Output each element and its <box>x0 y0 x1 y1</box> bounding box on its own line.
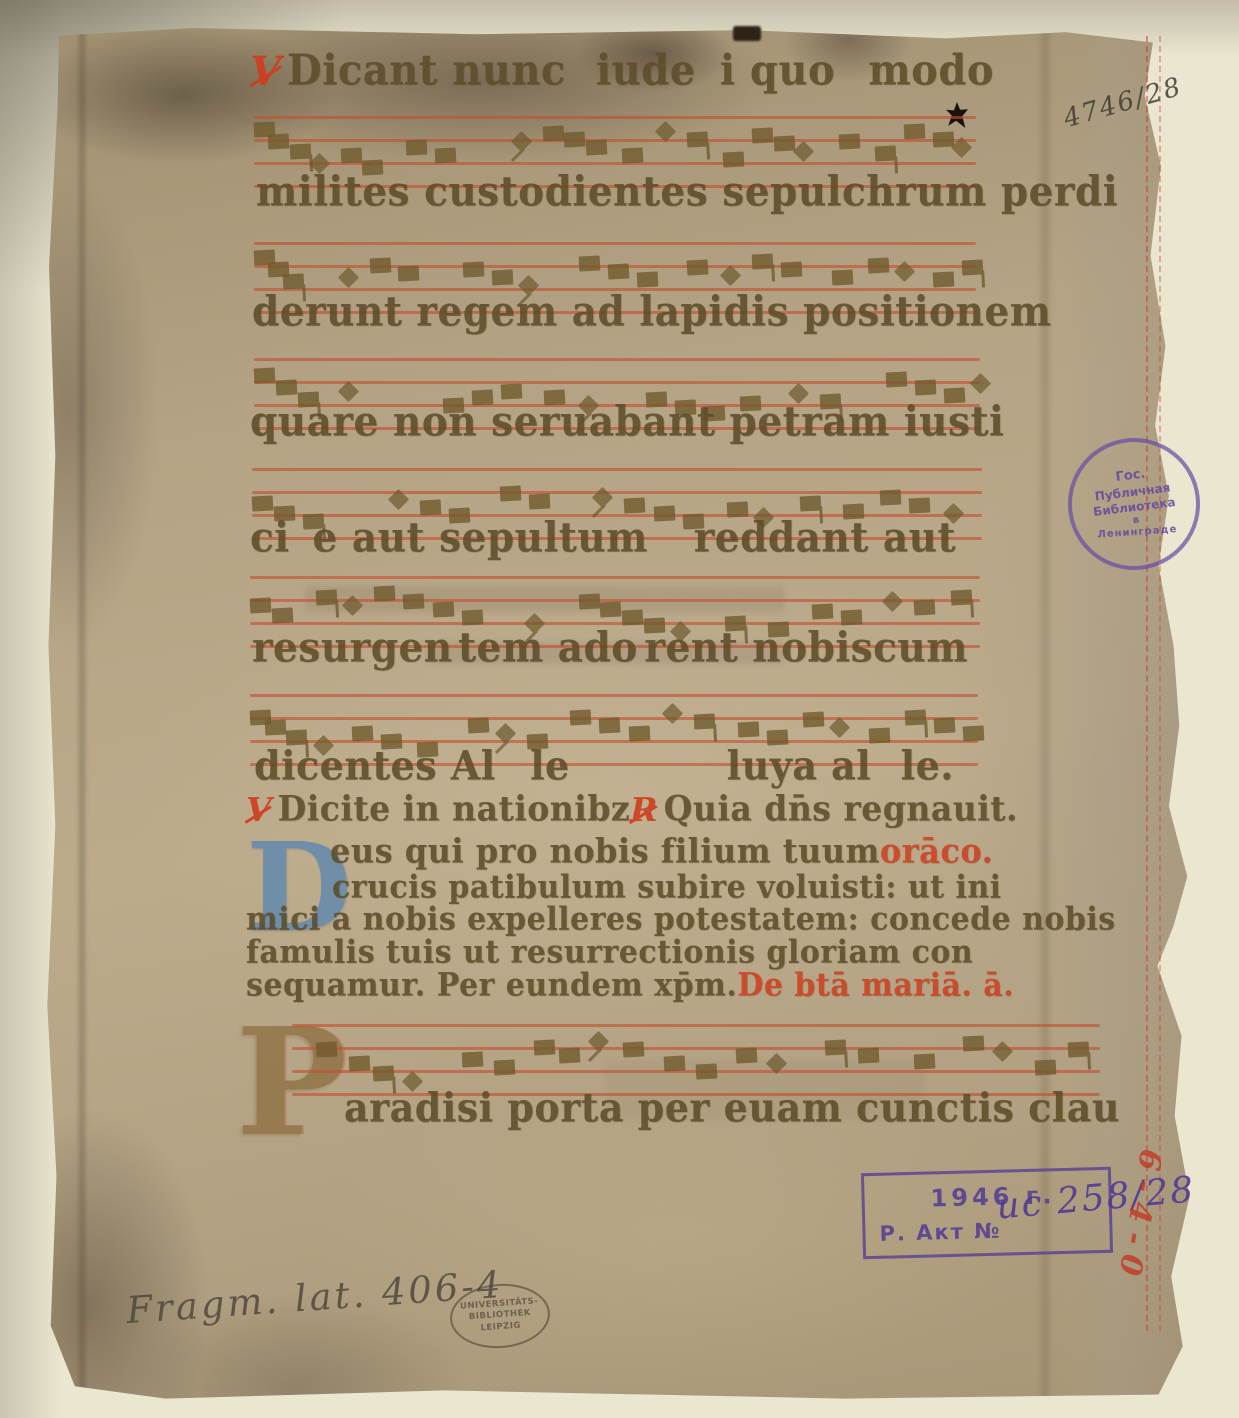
neume-stem <box>588 1048 602 1062</box>
neume <box>500 485 522 501</box>
neume <box>803 711 825 727</box>
neume <box>781 261 803 277</box>
chant-text-line: aradisi porta per euam cunctis clau <box>344 1086 1050 1131</box>
neume <box>272 607 294 623</box>
neume <box>963 725 985 741</box>
neume <box>829 717 850 738</box>
neume <box>736 1047 758 1063</box>
neume <box>570 709 592 725</box>
pencil-shelfmark-bottom-left: Fragm. lat. 406-4 <box>125 1263 505 1332</box>
staff-line <box>254 139 976 142</box>
neume <box>268 133 290 149</box>
neume <box>468 717 490 733</box>
prayer-text-line: famulis tuis ut resurrectionis gloriam c… <box>246 936 962 971</box>
chant-word: milites custodientes sepulchrum perdi <box>256 167 1118 216</box>
neume <box>405 139 427 155</box>
neume-stem <box>981 270 985 287</box>
chant-word: ci <box>250 513 290 562</box>
neume <box>599 717 621 733</box>
stamp-text: в <box>1132 514 1140 527</box>
prayer-text-line: sequamur. Per eundem xp̄m.De btā mariā. … <box>246 969 994 1004</box>
neume <box>607 263 629 279</box>
chant-text-line: milites custodientes sepulchrum perdi <box>256 170 980 216</box>
chant-word: le. <box>901 741 954 789</box>
chant-word: dicentes Al <box>254 741 496 789</box>
neume <box>432 601 454 617</box>
versicle-mark: V <box>250 48 281 95</box>
chant-word: rent nobiscum <box>644 623 968 672</box>
chant-word: iude <box>596 45 696 95</box>
neume <box>694 713 716 729</box>
chant-word: famulis tuis ut resurrectionis gloriam c… <box>246 934 973 971</box>
neume <box>934 717 956 733</box>
chant-word: eus qui pro nobis filium tuum <box>330 831 880 871</box>
neume <box>492 269 514 285</box>
chant-word: resurgen <box>252 623 453 672</box>
neume <box>374 585 396 601</box>
chant-word: Dicant nunc <box>287 45 566 95</box>
neume <box>624 497 646 513</box>
neume <box>914 1053 936 1069</box>
neume <box>578 593 600 609</box>
neume <box>687 259 709 275</box>
neume <box>857 1047 879 1063</box>
neume <box>628 725 650 741</box>
neume <box>250 597 272 613</box>
neume <box>799 495 821 511</box>
manuscript-photo: D P Гос. Публичная Библиотека в Ленингра… <box>0 0 1239 1418</box>
chant-text-line: VDicant nunciudei quomodo <box>250 48 994 95</box>
rubric-text: orāco. <box>880 831 993 871</box>
staff-line <box>252 491 982 494</box>
neume <box>254 367 276 383</box>
neume <box>338 267 359 288</box>
neume <box>622 147 644 163</box>
neume <box>723 151 745 167</box>
versicle-mark: V <box>246 790 272 829</box>
neume <box>909 497 931 513</box>
neume <box>636 271 658 287</box>
neume <box>720 265 741 286</box>
rubric-text: De btā mariā. ā. <box>737 967 1014 1004</box>
neume-stem <box>924 720 928 737</box>
neume-stem <box>713 724 717 741</box>
chant-text-line: VDicite in nationibzRQuia dn̄s regnauit. <box>246 790 986 829</box>
neume <box>564 131 586 147</box>
neume <box>970 373 991 394</box>
neume <box>903 123 925 139</box>
neume <box>558 1047 580 1063</box>
neume <box>529 493 551 509</box>
chant-word: Dicite in nationibz <box>278 788 631 829</box>
staff-line <box>254 381 980 384</box>
neume <box>825 1039 847 1055</box>
neume-stem <box>706 142 710 159</box>
neume <box>579 255 601 271</box>
prayer-text-line: mici a nobis expelleres potestatem: conc… <box>246 903 990 938</box>
staff-line <box>252 468 982 471</box>
neume <box>752 127 774 143</box>
pencil-shelfmark-top-right: 4746/28 <box>1060 72 1186 134</box>
chant-word: Quia dn̄s regnauit. <box>664 788 1018 829</box>
chant-word: i quo <box>720 45 835 95</box>
neume <box>600 601 622 617</box>
neume <box>398 265 420 281</box>
chant-word: e aut sepultum <box>312 513 647 562</box>
neume <box>950 589 972 605</box>
chant-word: derunt regem ad lapidis positio <box>252 287 956 336</box>
neume <box>875 145 897 161</box>
neume <box>372 1065 394 1081</box>
neume <box>885 371 907 387</box>
chant-text-line: resurgentem adorent nobiscum <box>252 626 968 672</box>
neume <box>403 593 425 609</box>
neume <box>914 599 936 615</box>
neume <box>831 269 853 285</box>
neume-stem <box>1087 1052 1091 1069</box>
chant-word: sequamur. Per eundem xp̄m. <box>246 967 737 1004</box>
parchment-stain-notch <box>733 26 761 41</box>
neume <box>905 709 927 725</box>
neume <box>792 141 813 162</box>
neume <box>494 1059 516 1075</box>
staff-line <box>254 242 976 245</box>
chant-word: quare non seruabant pe <box>250 397 783 446</box>
chant-text-line: cie aut sepultumreddant aut <box>250 516 956 562</box>
neume <box>932 131 954 147</box>
neume <box>264 719 286 735</box>
staff-line <box>250 694 978 697</box>
neume <box>868 727 890 743</box>
neume <box>932 271 954 287</box>
neume <box>252 495 274 511</box>
neume <box>663 1055 685 1071</box>
neume <box>315 589 337 605</box>
neume <box>1067 1041 1089 1057</box>
stamp-text: LEIPZIG <box>480 1320 521 1334</box>
neume <box>662 703 683 724</box>
neume-stem <box>335 600 339 617</box>
neume <box>586 139 608 155</box>
neume <box>879 489 901 505</box>
neume <box>369 257 391 273</box>
chant-word: reddant aut <box>694 513 956 562</box>
stamp-text: Ленинграде <box>1097 524 1178 542</box>
chant-text-line: derunt regem ad lapidis positionem <box>252 290 994 336</box>
neume <box>542 125 564 141</box>
chant-word: nem <box>956 287 1052 336</box>
neume-stem <box>844 1050 848 1067</box>
neume <box>773 135 795 151</box>
chant-text-line: dicentes Alleluya alle. <box>254 744 954 789</box>
response-mark: R <box>630 790 657 829</box>
neume <box>461 1051 483 1067</box>
neume-stem <box>511 148 525 162</box>
neume <box>340 147 362 163</box>
neume <box>812 603 834 619</box>
neume <box>867 257 889 273</box>
chant-word: aradisi porta per euam cunctis clau <box>344 1083 1120 1131</box>
chant-word: le <box>530 741 570 789</box>
neume <box>348 1055 370 1071</box>
staff-line <box>254 358 980 361</box>
chant-word: modo <box>868 45 994 95</box>
red-ruling-line <box>1146 36 1148 1331</box>
neume <box>737 721 759 737</box>
neume <box>511 131 532 152</box>
prayer-text-line: eus qui pro nobis filium tuumorāco. <box>330 833 992 871</box>
neume <box>534 1039 556 1055</box>
chant-word: tram iusti <box>783 397 1005 446</box>
neume <box>752 253 774 269</box>
neume <box>275 379 297 395</box>
chant-word: tem ado <box>458 623 638 672</box>
library-round-stamp: Гос. Публичная Библиотека в Ленинграде <box>1060 430 1207 577</box>
chant-word: luya al <box>727 741 872 789</box>
neume-stem <box>970 600 974 617</box>
neume <box>1035 1059 1057 1075</box>
leaf-content: D P Гос. Публичная Библиотека в Ленингра… <box>0 0 1239 1418</box>
neume <box>962 1035 984 1051</box>
staff-line <box>254 116 976 119</box>
neume <box>623 1041 645 1057</box>
staff-line <box>250 576 980 579</box>
chant-word: mici a nobis expelleres potestatem: conc… <box>246 901 1116 938</box>
neume <box>961 259 983 275</box>
neume <box>914 379 936 395</box>
chant-text-line: quare non seruabant petram iusti <box>250 400 986 446</box>
neume <box>882 591 903 612</box>
neume <box>352 725 374 741</box>
neume <box>434 147 456 163</box>
neume <box>838 133 860 149</box>
neume <box>290 143 312 159</box>
neume <box>463 261 485 277</box>
red-ruling-line <box>1159 36 1161 1331</box>
neume <box>316 1041 338 1057</box>
neume <box>992 1041 1013 1062</box>
staff-line <box>292 1024 1100 1027</box>
neume <box>696 1063 718 1079</box>
neume <box>687 131 709 147</box>
